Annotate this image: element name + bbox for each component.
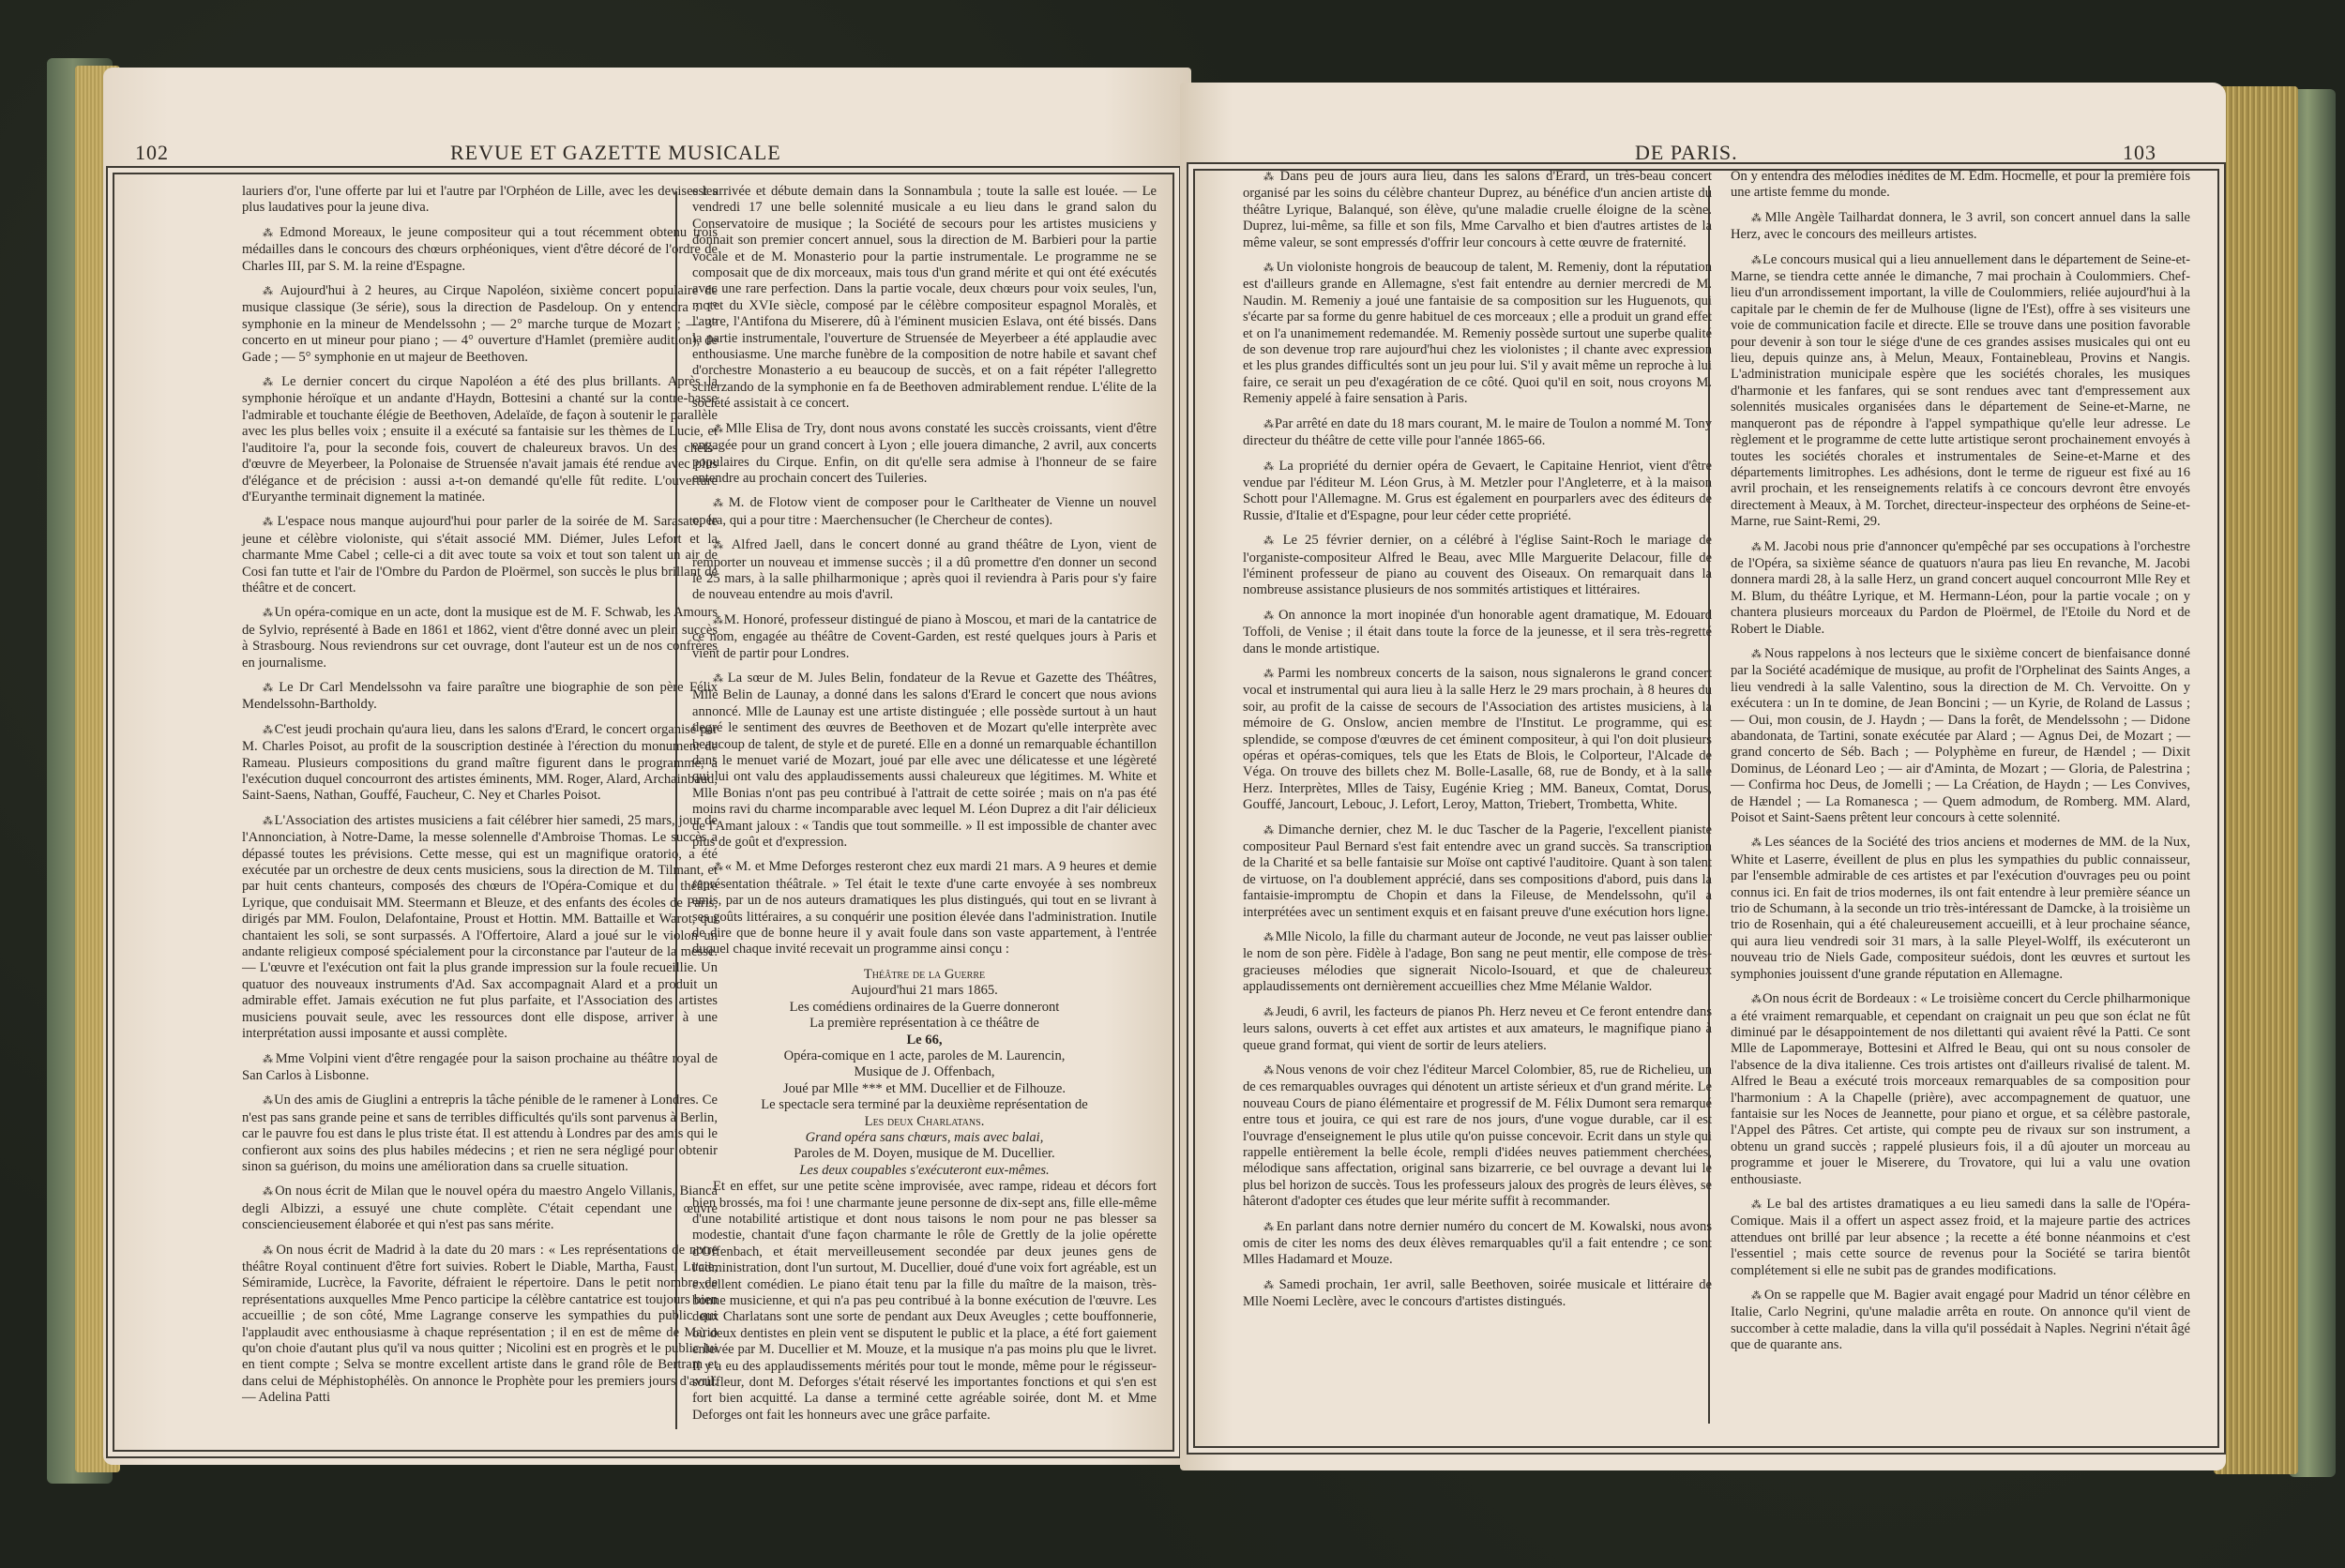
news-item-text: Samedi prochain, 1er avril, salle Beetho… (1243, 1277, 1712, 1309)
news-item: ⁂ En parlant dans notre dernier numéro d… (1243, 1219, 1712, 1269)
asterism-icon: ⁂ (1751, 1199, 1766, 1211)
news-item-text: On nous écrit de Madrid à la date du 20 … (242, 1243, 718, 1406)
running-head-right: DE PARIS. (1635, 141, 1738, 165)
news-item: ⁂ Nous venons de voir chez l'éditeur Mar… (1243, 1063, 1712, 1211)
paragraph: Le spectacle sera terminé par la deuxièm… (692, 1097, 1157, 1113)
news-item-text: Mlle Nicolo, la fille du charmant auteur… (1243, 929, 1712, 994)
running-head-left: REVUE ET GAZETTE MUSICALE (450, 141, 781, 165)
news-item: ⁂ On nous écrit de Madrid à la date du 2… (242, 1243, 718, 1407)
paragraph: Paroles de M. Doyen, musique de M. Ducel… (692, 1146, 1157, 1162)
asterism-icon: ⁂ (263, 683, 279, 694)
news-item: ⁂ On nous écrit de Milan que le nouvel o… (242, 1184, 718, 1233)
asterism-icon: ⁂ (1263, 1007, 1276, 1018)
news-item: ⁂ Le Dr Carl Mendelssohn va faire paraît… (242, 680, 718, 714)
asterism-icon: ⁂ (1751, 213, 1765, 224)
paragraph: Et en effet, sur une petite scène improv… (692, 1179, 1157, 1424)
paragraph: Joué par Mlle *** et MM. Ducellier et de… (692, 1081, 1157, 1097)
news-item-text: Un opéra-comique en un acte, dont la mus… (242, 605, 718, 670)
news-item: ⁂ Le bal des artistes dramatiques a eu l… (1731, 1197, 2190, 1279)
news-item-text: Un des amis de Giuglini a entrepris la t… (242, 1093, 718, 1174)
news-item: ⁂ M. Jacobi nous prie d'annoncer qu'empê… (1731, 539, 2190, 638)
news-item: ⁂ L'Association des artistes musiciens a… (242, 813, 718, 1043)
news-item: ⁂ Mme Volpini vient d'être rengagée pour… (242, 1051, 718, 1085)
news-item-text: Alfred Jaell, dans le concert donné au g… (692, 537, 1157, 602)
news-item: ⁂ Un opéra-comique en un acte, dont la m… (242, 605, 718, 671)
news-item-text: Dimanche dernier, chez M. le duc Tascher… (1243, 822, 1712, 920)
asterism-icon: ⁂ (1751, 1290, 1764, 1302)
text-column-3: ⁂ Dans peu de jours aura lieu, dans les … (1243, 169, 1712, 1319)
news-item-text: Edmond Moreaux, le jeune compositeur qui… (242, 225, 718, 274)
news-item: ⁂ On annonce la mort inopinée d'un honor… (1243, 608, 1712, 657)
news-item: ⁂ Nous rappelons à nos lecteurs que le s… (1731, 646, 2190, 826)
news-item: ⁂ M. Honoré, professeur distingué de pia… (692, 612, 1157, 662)
asterism-icon: ⁂ (713, 673, 728, 685)
news-item-text: L'Association des artistes musiciens a f… (242, 813, 718, 1041)
paragraph: lauriers d'or, l'une offerte par lui et … (242, 184, 718, 217)
news-item-text: On nous écrit de Bordeaux : « Le troisiè… (1731, 991, 2190, 1186)
news-item-text: Par arrêté en date du 18 mars courant, M… (1243, 416, 1712, 448)
news-item: ⁂ Samedi prochain, 1er avril, salle Beet… (1243, 1277, 1712, 1311)
news-item-text: M. Jacobi nous prie d'annoncer qu'empêch… (1731, 539, 2190, 637)
news-item-text: On nous écrit de Milan que le nouvel opé… (242, 1184, 718, 1232)
text-column-2: est arrivée et débute demain dans la Son… (692, 184, 1157, 1432)
gilt-page-edge-right (2214, 86, 2298, 1474)
news-item: ⁂ Le dernier concert du cirque Napoléon … (242, 374, 718, 505)
paragraph: Théâtre de la Guerre (692, 967, 1157, 983)
asterism-icon: ⁂ (1263, 172, 1280, 183)
news-item-text: Mlle Angèle Tailhardat donnera, le 3 avr… (1731, 210, 2190, 242)
paragraph: Musique de J. Offenbach, (692, 1064, 1157, 1080)
asterism-icon: ⁂ (713, 424, 725, 435)
paragraph: Les deux coupables s'exécuteront eux-mêm… (692, 1163, 1157, 1179)
asterism-icon: ⁂ (263, 377, 281, 388)
news-item: ⁂ L'espace nous manque aujourd'hui pour … (242, 514, 718, 596)
news-item-text: En parlant dans notre dernier numéro du … (1243, 1219, 1712, 1268)
asterism-icon: ⁂ (263, 816, 275, 827)
news-item: ⁂ M. de Flotow vient de composer pour le… (692, 495, 1157, 529)
news-item-text: Dans peu de jours aura lieu, dans les sa… (1243, 169, 1712, 250)
asterism-icon: ⁂ (1263, 461, 1278, 473)
asterism-icon: ⁂ (263, 1095, 274, 1107)
news-item-text: M. Honoré, professeur distingué de piano… (692, 612, 1157, 661)
asterism-icon: ⁂ (1263, 535, 1283, 547)
news-item-text: Le bal des artistes dramatiques a eu lie… (1731, 1197, 2190, 1278)
news-item-text: M. de Flotow vient de composer pour le C… (692, 495, 1157, 527)
news-item: ⁂ Par arrêté en date du 18 mars courant,… (1243, 416, 1712, 450)
asterism-icon: ⁂ (1263, 932, 1276, 943)
news-item: ⁂ Edmond Moreaux, le jeune compositeur q… (242, 225, 718, 275)
asterism-icon: ⁂ (1751, 837, 1764, 849)
news-item: ⁂ Alfred Jaell, dans le concert donné au… (692, 537, 1157, 604)
news-item: ⁂ Dans peu de jours aura lieu, dans les … (1243, 169, 1712, 251)
news-item: ⁂ On se rappelle que M. Bagier avait eng… (1731, 1288, 2190, 1354)
asterism-icon: ⁂ (713, 615, 724, 626)
news-item-text: Jeudi, 6 avril, les facteurs de pianos P… (1243, 1004, 1712, 1053)
paragraph: Les comédiens ordinaires de la Guerre do… (692, 1000, 1157, 1016)
news-item: ⁂ On nous écrit de Bordeaux : « Le trois… (1731, 991, 2190, 1188)
asterism-icon: ⁂ (1263, 669, 1278, 680)
news-item-text: Le dernier concert du cirque Napoléon a … (242, 374, 718, 505)
news-item-text: On annonce la mort inopinée d'un honorab… (1243, 608, 1712, 656)
news-item-text: Les séances de la Société des trios anci… (1731, 835, 2190, 981)
asterism-icon: ⁂ (1263, 611, 1278, 622)
asterism-icon: ⁂ (263, 286, 280, 297)
asterism-icon: ⁂ (1263, 263, 1277, 274)
news-item: ⁂ Un des amis de Giuglini a entrepris la… (242, 1093, 718, 1175)
page-number-right: 103 (2123, 141, 2156, 165)
paragraph: Opéra-comique en 1 acte, paroles de M. L… (692, 1048, 1157, 1064)
asterism-icon: ⁂ (1751, 649, 1764, 660)
asterism-icon: ⁂ (263, 1054, 276, 1065)
news-item: ⁂ Un violoniste hongrois de beaucoup de … (1243, 260, 1712, 408)
news-item: ⁂ Les séances de la Société des trios an… (1731, 835, 2190, 983)
news-item-text: Nous rappelons à nos lecteurs que le six… (1731, 646, 2190, 825)
news-item: ⁂ Dimanche dernier, chez M. le duc Tasch… (1243, 822, 1712, 921)
asterism-icon: ⁂ (1263, 825, 1278, 837)
news-item-text: Mlle Elisa de Try, dont nous avons const… (692, 421, 1157, 486)
asterism-icon: ⁂ (1751, 542, 1763, 553)
paragraph: On y entendra des mélodies inédites de M… (1731, 169, 2190, 202)
news-item: ⁂ Mlle Nicolo, la fille du charmant aute… (1243, 929, 1712, 996)
news-item-text: On se rappelle que M. Bagier avait engag… (1731, 1288, 2190, 1352)
news-item: ⁂ Mlle Angèle Tailhardat donnera, le 3 a… (1731, 210, 2190, 244)
news-item-text: La sœur de M. Jules Belin, fondateur de … (692, 671, 1157, 850)
news-item-text: La propriété du dernier opéra de Gevaert… (1243, 459, 1712, 523)
news-item-text: Parmi les nombreux concerts de la saison… (1243, 666, 1712, 812)
paragraph: Grand opéra sans chœurs, mais avec balai… (692, 1130, 1157, 1146)
page-number-left: 102 (135, 141, 169, 165)
asterism-icon: ⁂ (1263, 1222, 1277, 1233)
asterism-icon: ⁂ (263, 228, 280, 239)
news-item: ⁂ Le 25 février dernier, on a célébré à … (1243, 533, 1712, 599)
paragraph: La première représentation à ce théâtre … (692, 1016, 1157, 1032)
asterism-icon: ⁂ (713, 498, 729, 509)
asterism-icon: ⁂ (263, 608, 275, 619)
asterism-icon: ⁂ (263, 1186, 275, 1198)
news-item-text: Aujourd'hui à 2 heures, au Cirque Napolé… (242, 283, 718, 365)
news-item: ⁂ La sœur de M. Jules Belin, fondateur d… (692, 671, 1157, 851)
asterism-icon: ⁂ (1263, 1065, 1276, 1077)
news-item-text: Nous venons de voir chez l'éditeur Marce… (1243, 1063, 1712, 1209)
news-item: ⁂ Mlle Elisa de Try, dont nous avons con… (692, 421, 1157, 488)
asterism-icon: ⁂ (1751, 994, 1763, 1005)
paragraph: est arrivée et débute demain dans la Son… (692, 184, 1157, 413)
news-item: ⁂ « M. et Mme Deforges resteront chez eu… (692, 859, 1157, 957)
news-item: ⁂ Le concours musical qui a lieu annuell… (1731, 252, 2190, 531)
news-item-text: « M. et Mme Deforges resteront chez eux … (692, 859, 1157, 957)
news-item: ⁂ Jeudi, 6 avril, les facteurs de pianos… (1243, 1004, 1712, 1054)
paragraph: Aujourd'hui 21 mars 1865. (692, 983, 1157, 999)
paragraph: Les deux Charlatans. (692, 1114, 1157, 1130)
asterism-icon: ⁂ (263, 517, 278, 528)
news-item: ⁂ Aujourd'hui à 2 heures, au Cirque Napo… (242, 283, 718, 366)
news-item-text: Le concours musical qui a lieu annuellem… (1731, 252, 2190, 530)
asterism-icon: ⁂ (263, 725, 275, 736)
news-item: ⁂ La propriété du dernier opéra de Gevae… (1243, 459, 1712, 525)
news-item-text: Le Dr Carl Mendelssohn va faire paraître… (242, 680, 718, 712)
paragraph: Le 66, (692, 1033, 1157, 1048)
asterism-icon: ⁂ (1263, 1280, 1279, 1291)
news-item-text: L'espace nous manque aujourd'hui pour pa… (242, 514, 718, 596)
asterism-icon: ⁂ (1263, 419, 1275, 430)
text-column-4: On y entendra des mélodies inédites de M… (1731, 169, 2190, 1363)
news-item-text: Mme Volpini vient d'être rengagée pour l… (242, 1051, 718, 1083)
news-item-text: Un violoniste hongrois de beaucoup de ta… (1243, 260, 1712, 406)
news-item-text: C'est jeudi prochain qu'aura lieu, dans … (242, 722, 718, 804)
asterism-icon: ⁂ (1751, 255, 1763, 266)
news-item-text: Le 25 février dernier, on a célébré à l'… (1243, 533, 1712, 597)
news-item: ⁂ Parmi les nombreux concerts de la sais… (1243, 666, 1712, 814)
asterism-icon: ⁂ (713, 862, 725, 873)
text-column-1: lauriers d'or, l'une offerte par lui et … (242, 184, 718, 1415)
news-item: ⁂ C'est jeudi prochain qu'aura lieu, dan… (242, 722, 718, 805)
asterism-icon: ⁂ (263, 1245, 276, 1257)
asterism-icon: ⁂ (713, 540, 732, 551)
